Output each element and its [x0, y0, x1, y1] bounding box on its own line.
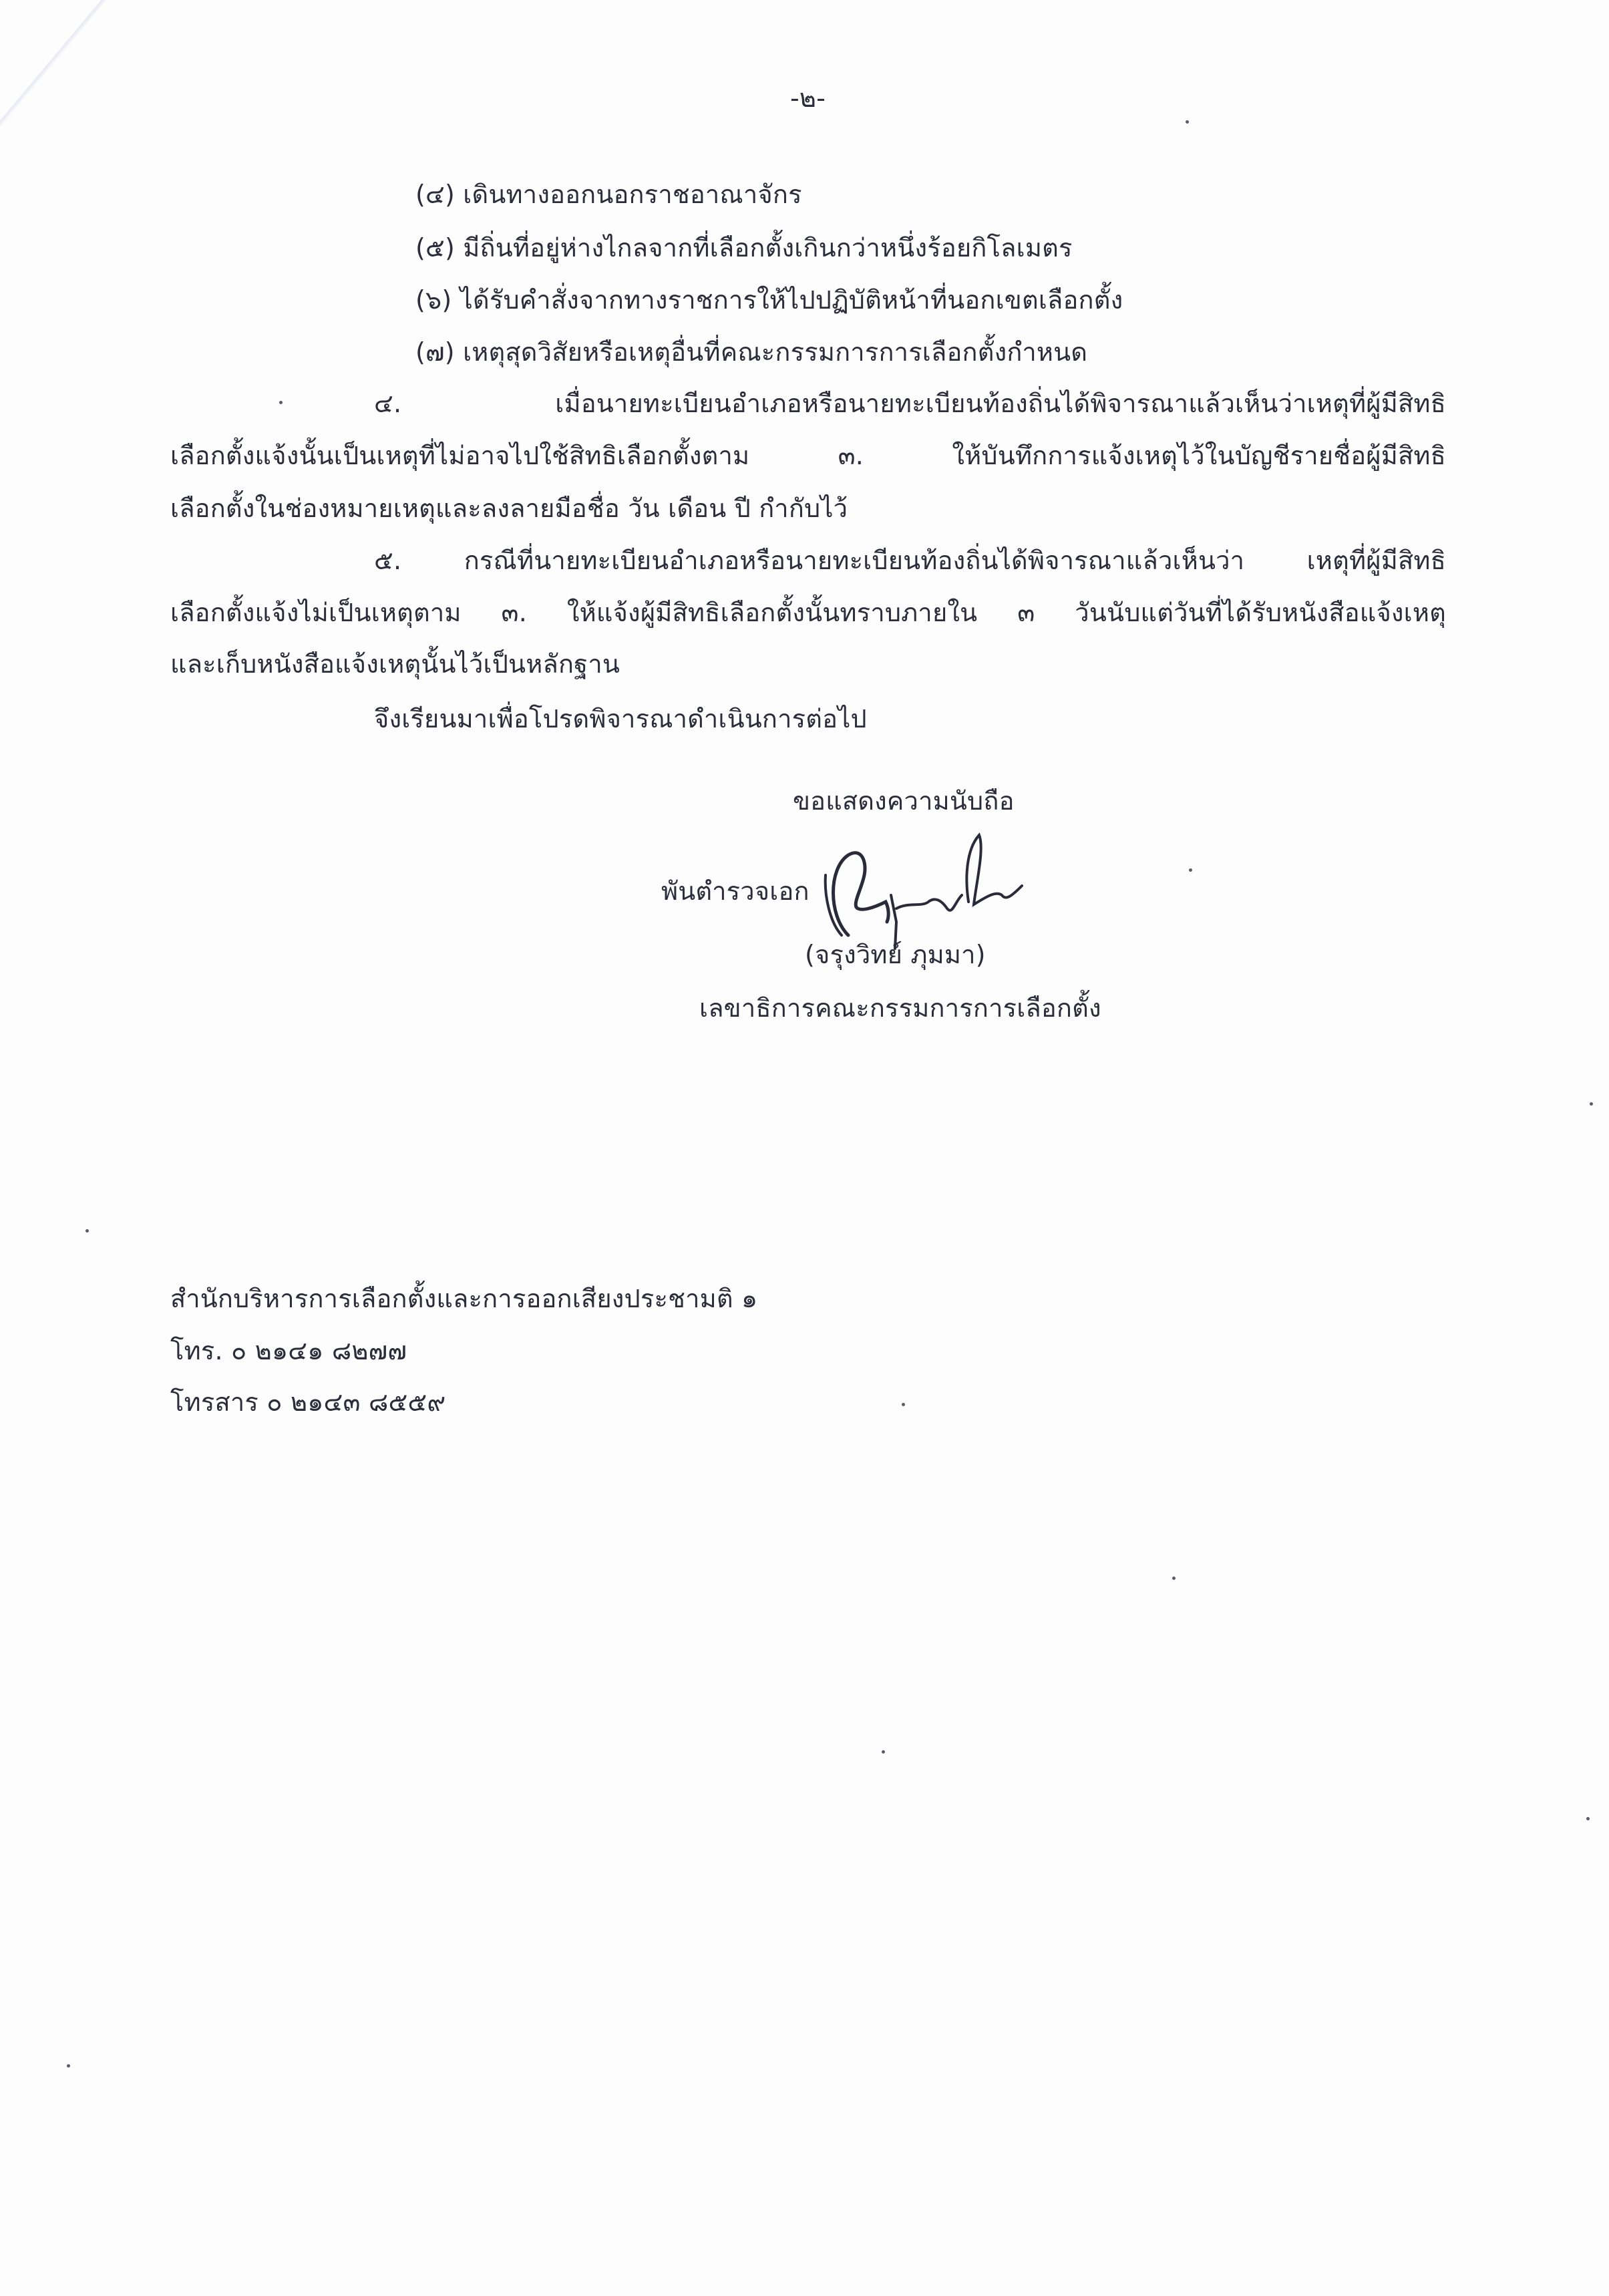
office-name: สำนักบริหารการเลือกตั้งและการออกเสียงประ…	[170, 1286, 757, 1311]
signer-position: เลขาธิการคณะกรรมการการเลือกตั้ง	[699, 995, 1101, 1021]
signer-rank: พันตำรวจเอก	[661, 878, 810, 904]
list-item: (๖) ได้รับคำสั่งจากทางราชการให้ไปปฏิบัติ…	[415, 287, 1123, 313]
scan-speck	[882, 1750, 885, 1754]
paragraph-4-line-2: เลือกตั้งแจ้งนั้นเป็นเหตุที่ไม่อาจไปใช้ส…	[170, 443, 1446, 468]
scan-speck	[1186, 120, 1189, 124]
closing-statement: จึงเรียนมาเพื่อโปรดพิจารณาดำเนินการต่อไป	[374, 706, 867, 731]
page-number: -๒-	[790, 86, 826, 111]
scan-speck	[279, 401, 283, 404]
paragraph-5-line-1: ๕. กรณีที่นายทะเบียนอำเภอหรือนายทะเบียนท…	[374, 548, 1446, 573]
paragraph-5-line-2: เลือกตั้งแจ้งไม่เป็นเหตุตาม ๓. ให้แจ้งผู…	[170, 600, 1446, 625]
signer-name: (จรุงวิทย์ ภุมมา)	[805, 942, 986, 967]
scan-speck	[1586, 1817, 1590, 1820]
signature-image	[822, 822, 1049, 955]
scan-speck	[1172, 1577, 1176, 1580]
fax-number: โทรสาร ๐ ๒๑๔๓ ๘๕๕๙	[170, 1389, 445, 1415]
document-page: -๒- (๔) เดินทางออกนอกราชอาณาจักร (๕) มีถ…	[0, 0, 1609, 2296]
list-item: (๕) มีถิ่นที่อยู่ห่างไกลจากที่เลือกตั้งเ…	[415, 235, 1073, 261]
salutation: ขอแสดงความนับถือ	[793, 788, 1015, 814]
scan-speck	[85, 1229, 89, 1233]
paragraph-5-line-3: และเก็บหนังสือแจ้งเหตุนั้นไว้เป็นหลักฐาน	[170, 651, 620, 677]
scan-speck	[1189, 868, 1192, 872]
scan-speck	[1590, 1102, 1593, 1106]
paragraph-4-line-1: ๔. เมื่อนายทะเบียนอำเภอหรือนายทะเบียนท้อ…	[374, 391, 1446, 416]
paragraph-4-line-3: เลือกตั้งในช่องหมายเหตุและลงลายมือชื่อ ว…	[170, 496, 848, 521]
scan-speck	[67, 2064, 70, 2068]
scan-speck	[902, 1403, 905, 1406]
phone-number: โทร. ๐ ๒๑๔๑ ๘๒๗๗	[170, 1338, 407, 1363]
scan-fold-line	[0, 0, 215, 157]
list-item: (๔) เดินทางออกนอกราชอาณาจักร	[415, 182, 802, 207]
list-item: (๗) เหตุสุดวิสัยหรือเหตุอื่นที่คณะกรรมกา…	[415, 339, 1087, 365]
